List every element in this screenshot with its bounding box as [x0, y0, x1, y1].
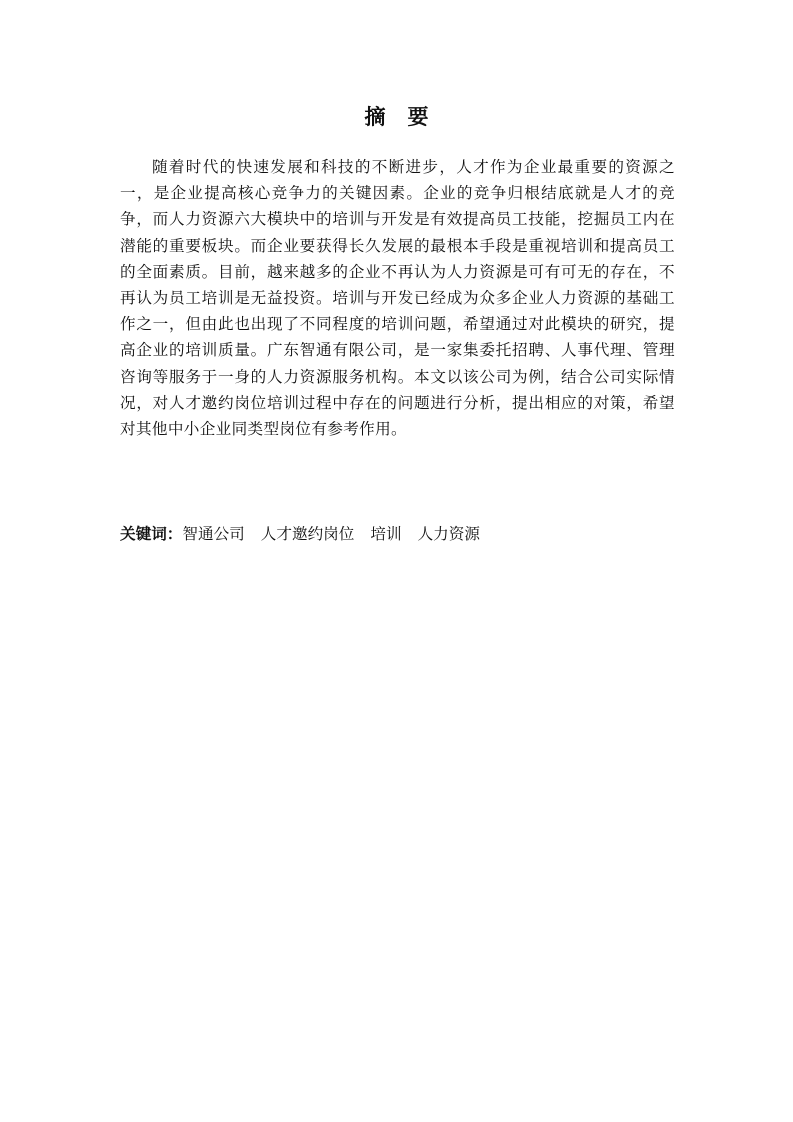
- page-title: 摘要: [0, 103, 793, 131]
- title-char-2: 要: [408, 105, 429, 129]
- keyword-item: 人才邀约岗位: [261, 525, 355, 543]
- keywords-line: 关键词：智通公司人才邀约岗位培训人力资源: [120, 522, 680, 546]
- abstract-paragraph: 随着时代的快速发展和科技的不断进步，人才作为企业最重要的资源之一，是企业提高核心…: [120, 154, 675, 442]
- keyword-item: 人力资源: [418, 525, 480, 543]
- title-char-1: 摘: [365, 105, 386, 129]
- keyword-item: 培训: [370, 525, 401, 543]
- keyword-item: 智通公司: [182, 525, 244, 543]
- document-page: 摘要 随着时代的快速发展和科技的不断进步，人才作为企业最重要的资源之一，是企业提…: [0, 0, 793, 1122]
- keywords-label: 关键词：: [120, 525, 182, 543]
